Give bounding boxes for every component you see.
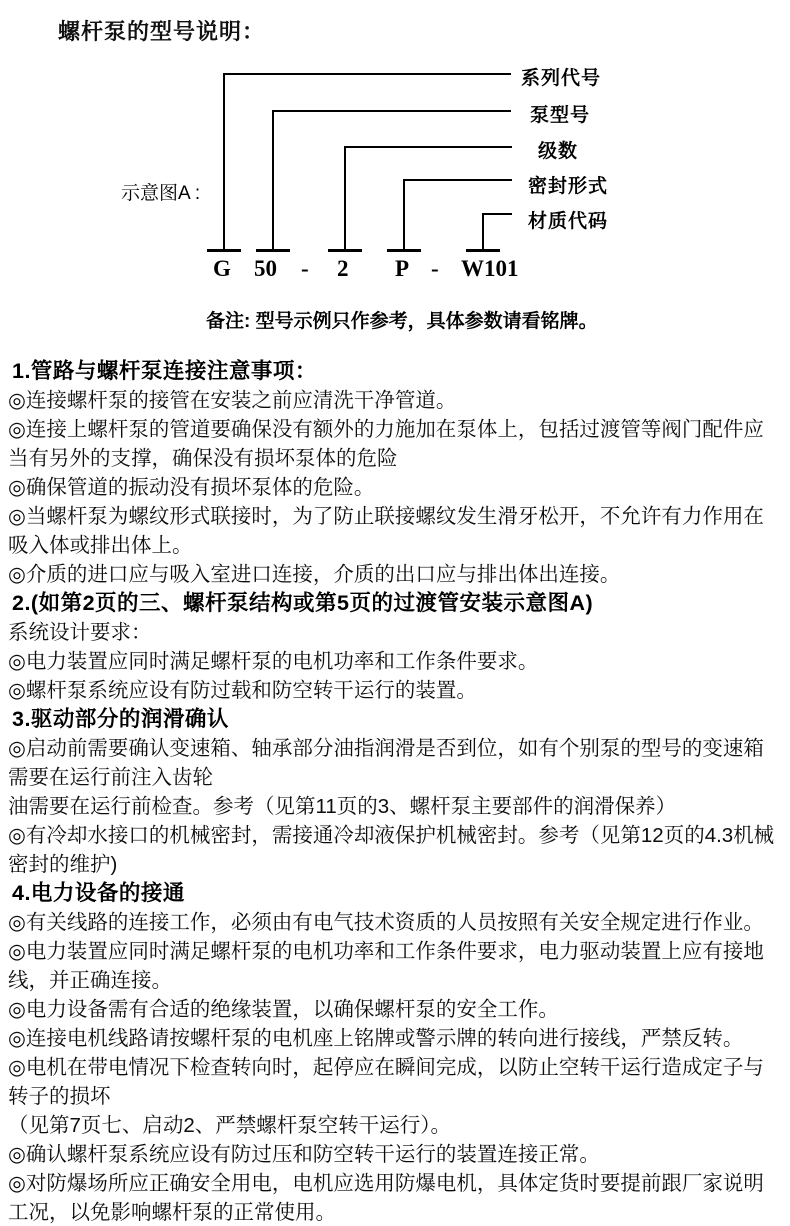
connector-series-vertical [223,73,225,251]
text-line: ◎当螺杆泵为螺纹形式联接时，为了防止联接螺纹发生滑牙松开，不允许有力作用在 [8,502,786,531]
code-material: W101 [461,256,519,282]
text-line: ◎连接电机线路请按螺杆泵的电机座上铭牌或警示牌的转向进行接线，严禁反转。 [8,1024,786,1053]
code-seal: P [395,256,409,282]
base-tick-series [207,249,241,252]
base-tick-material [466,249,500,252]
model-code-diagram: 系列代号 泵型号 级数 密封形式 材质代码 示意图A : G 50 - 2 P … [0,0,790,300]
section-2-heading: 2.(如第2页的三、螺杆泵结构或第5页的过渡管安装示意图A) [8,589,786,618]
text-line: 系统设计要求： [8,618,786,647]
section-1-heading: 1.管路与螺杆泵连接注意事项： [8,357,786,386]
connector-model-horizontal [273,110,511,112]
text-line: ◎确认螺杆泵系统应设有防过压和防空转干运行的装置连接正常。 [8,1140,786,1169]
text-line: ◎介质的进口应与吸入室进口连接，介质的出口应与排出体出连接。 [8,560,786,589]
note-remark: 备注: 型号示例只作参考，具体参数请看铭牌。 [206,306,598,333]
text-line: 工况，以免影响螺杆泵的正常使用。 [8,1198,786,1226]
section-3-heading: 3.驱动部分的润滑确认 [8,705,786,734]
text-line: 转子的损坏 [8,1082,786,1111]
base-tick-model [256,249,290,252]
schematic-a-label: 示意图A : [121,178,200,205]
label-series-code: 系列代号 [521,63,601,90]
text-line: 油需要在运行前检查。参考（见第11页的3、螺杆泵主要部件的润滑保养） [8,792,786,821]
label-seal-form: 密封形式 [528,171,608,198]
text-line: ◎对防爆场所应正确安全用电，电机应选用防爆电机，具体定货时要提前跟厂家说明 [8,1169,786,1198]
text-line: ◎有关线路的连接工作，必须由有电气技术资质的人员按照有关安全规定进行作业。 [8,908,786,937]
connector-stages-vertical [344,146,346,251]
code-stages: 2 [337,256,349,282]
text-line: ◎确保管道的振动没有损坏泵体的危险。 [8,473,786,502]
code-dash-1: - [301,256,309,282]
label-material-code: 材质代码 [528,206,608,233]
text-line: ◎有冷却水接口的机械密封，需接通冷却液保护机械密封。参考（见第12页的4.3机械 [8,821,786,850]
connector-material-horizontal [483,213,512,215]
section-4-heading: 4.电力设备的接通 [8,879,786,908]
text-line: ◎连接上螺杆泵的管道要确保没有额外的力施加在泵体上，包括过渡管等阀门配件应 [8,415,786,444]
text-line: 当有另外的支撑，确保没有损坏泵体的危险 [8,444,786,473]
label-pump-model: 泵型号 [530,100,590,127]
text-line: ◎螺杆泵系统应设有防过载和防空转干运行的装置。 [8,676,786,705]
text-line: ◎电机在带电情况下检查转向时，起停应在瞬间完成，以防止空转干运行造成定子与 [8,1053,786,1082]
connector-model-vertical [272,110,274,251]
body-text: 1.管路与螺杆泵连接注意事项： ◎连接螺杆泵的接管在安装之前应清洗干净管道。 ◎… [8,357,786,1226]
text-line: ◎启动前需要确认变速箱、轴承部分油指润滑是否到位，如有个别泵的型号的变速箱 [8,734,786,763]
code-dash-2: - [431,256,439,282]
connector-seal-horizontal [404,179,512,181]
text-line: （见第7页七、启动2、严禁螺杆泵空转干运行）。 [8,1111,786,1140]
code-series: G [213,256,231,282]
text-line: 吸入体或排出体上。 [8,531,786,560]
text-line: 线，并正确连接。 [8,966,786,995]
text-line: 需要在运行前注入齿轮 [8,763,786,792]
connector-material-vertical [482,213,484,251]
base-tick-seal [387,249,421,252]
connector-series-horizontal [224,73,511,75]
connector-stages-horizontal [345,146,512,148]
code-model: 50 [254,256,277,282]
label-stages: 级数 [538,136,578,163]
document-page: 螺杆泵的型号说明： 系列代号 泵型号 级数 密封形式 材质代码 示意图A : G… [0,0,790,1226]
text-line: ◎电力装置应同时满足螺杆泵的电机功率和工作条件要求，电力驱动装置上应有接地 [8,937,786,966]
text-line: 密封的维护) [8,850,786,879]
text-line: ◎电力装置应同时满足螺杆泵的电机功率和工作条件要求。 [8,647,786,676]
text-line: ◎电力设备需有合适的绝缘装置，以确保螺杆泵的安全工作。 [8,995,786,1024]
connector-seal-vertical [403,179,405,251]
base-tick-stages [328,249,362,252]
text-line: ◎连接螺杆泵的接管在安装之前应清洗干净管道。 [8,386,786,415]
